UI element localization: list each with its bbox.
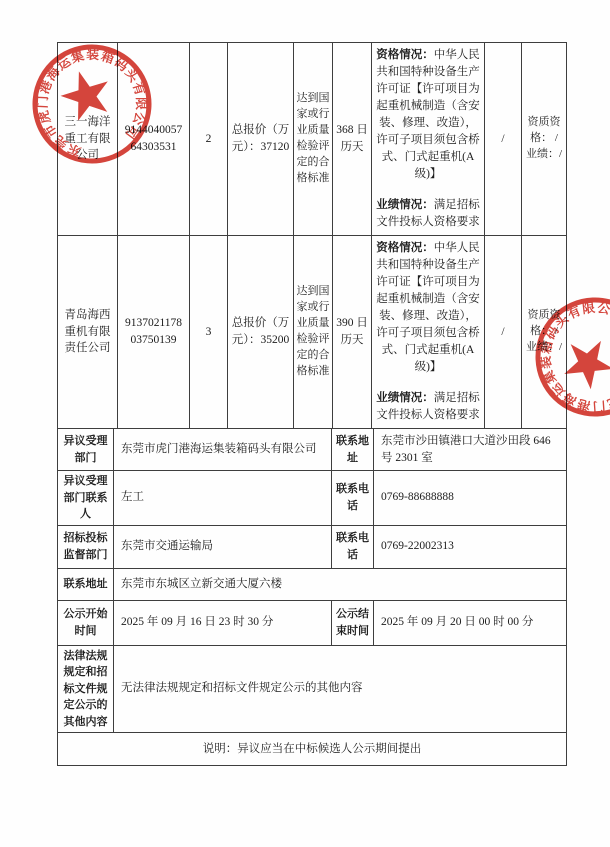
qualification-label: 资格情况： [376,49,434,61]
qualification-text: 中华人民共和国特种设备生产许可证【许可项目为起重机械制造（含安装、修理、改造），… [376,242,480,373]
extra-qualification-cell: 资质资格： / 业绩：/ [522,236,567,429]
bid-price-cell: 总报价（万 元）：35200 [228,236,294,429]
other-content-value: 无法律法规规定和招标文件规定公示的其他内容 [114,645,567,733]
supervision-dept-row: 招标投标监督部门 东莞市交通运输局 联系电话 0769-22002313 [58,525,567,568]
contact-address-label: 联系地址 [332,429,374,471]
performance-block: 业绩情况：满足招标文件投标人资格要求 [376,390,480,424]
qualification-cell: 资格情况：中华人民共和国特种设备生产许可证【许可项目为起重机械制造（含安装、修理… [372,236,485,429]
candidates-table: 三一海洋重工有限公司 9144040057 64303531 2 总报价（万 元… [57,42,567,429]
announcement-table-group: 三一海洋重工有限公司 9144040057 64303531 2 总报价（万 元… [57,42,566,766]
performance-label: 业绩情况： [376,199,434,211]
objection-contact-row: 异议受理部门联系人 左工 联系电话 0769-88688888 [58,471,567,526]
objection-contact-label: 异议受理部门联系人 [58,471,114,526]
contact-phone-value: 0769-88688888 [374,471,567,526]
bidder-name-cell: 三一海洋重工有限公司 [58,43,118,236]
objection-contact-value: 左工 [114,471,332,526]
duration-cell: 368 日 历天 [333,43,372,236]
supervision-dept-value: 东莞市交通运输局 [114,525,332,568]
quality-standard-cell: 达到国家或行业质量检验评定的合格标准 [294,43,333,236]
publicity-end-label: 公示结束时间 [332,600,374,645]
bidder-name-cell: 青岛海西重机有限责任公司 [58,236,118,429]
performance-label: 业绩情况： [376,392,434,404]
contact-address-value: 东莞市沙田镇港口大道沙田段 646 号 2301 室 [374,429,567,471]
publicity-end-value: 2025 年 09 月 20 日 00 时 00 分 [374,600,567,645]
rank-cell: 3 [190,236,228,429]
extra-qualification-cell: 资质资格： / 业绩：/ [522,43,567,236]
address-row: 联系地址 东莞市东城区立新交通大厦六楼 [58,568,567,600]
rank-cell: 2 [190,43,228,236]
credit-code-cell: 9137021178 03750139 [118,236,190,429]
publicity-start-label: 公示开始时间 [58,600,114,645]
contact-phone-label: 联系电话 [332,471,374,526]
candidate-row: 青岛海西重机有限责任公司 9137021178 03750139 3 总报价（万… [58,236,567,429]
other-content-row: 法律法规规定和招标文件规定公示的其他内容 无法律法规规定和招标文件规定公示的其他… [58,645,567,733]
info-table: 异议受理部门 东莞市虎门港海运集装箱码头有限公司 联系地址 东莞市沙田镇港口大道… [57,428,567,766]
placeholder-cell: / [485,43,522,236]
qualification-label: 资格情况： [376,242,434,254]
note-row: 说明：异议应当在中标候选人公示期间提出 [58,733,567,766]
publicity-time-row: 公示开始时间 2025 年 09 月 16 日 23 时 30 分 公示结束时间… [58,600,567,645]
other-content-label: 法律法规规定和招标文件规定公示的其他内容 [58,645,114,733]
address-value: 东莞市东城区立新交通大厦六楼 [114,568,567,600]
supervision-phone-label: 联系电话 [332,525,374,568]
performance-block: 业绩情况：满足招标文件投标人资格要求 [376,197,480,231]
publicity-start-value: 2025 年 09 月 16 日 23 时 30 分 [114,600,332,645]
supervision-dept-label: 招标投标监督部门 [58,525,114,568]
address-label: 联系地址 [58,568,114,600]
note-text: 说明：异议应当在中标候选人公示期间提出 [58,733,567,766]
quality-standard-cell: 达到国家或行业质量检验评定的合格标准 [294,236,333,429]
candidate-row: 三一海洋重工有限公司 9144040057 64303531 2 总报价（万 元… [58,43,567,236]
supervision-phone-value: 0769-22002313 [374,525,567,568]
placeholder-cell: / [485,236,522,429]
qualification-cell: 资格情况：中华人民共和国特种设备生产许可证【许可项目为起重机械制造（含安装、修理… [372,43,485,236]
duration-cell: 390 日 历天 [333,236,372,429]
objection-dept-label: 异议受理部门 [58,429,114,471]
bid-price-cell: 总报价（万 元）：37120 [228,43,294,236]
credit-code-cell: 9144040057 64303531 [118,43,190,236]
objection-dept-row: 异议受理部门 东莞市虎门港海运集装箱码头有限公司 联系地址 东莞市沙田镇港口大道… [58,429,567,471]
objection-dept-value: 东莞市虎门港海运集装箱码头有限公司 [114,429,332,471]
announcement-page: 三一海洋重工有限公司 9144040057 64303531 2 总报价（万 元… [0,0,610,847]
qualification-text: 中华人民共和国特种设备生产许可证【许可项目为起重机械制造（含安装、修理、改造），… [376,49,480,180]
